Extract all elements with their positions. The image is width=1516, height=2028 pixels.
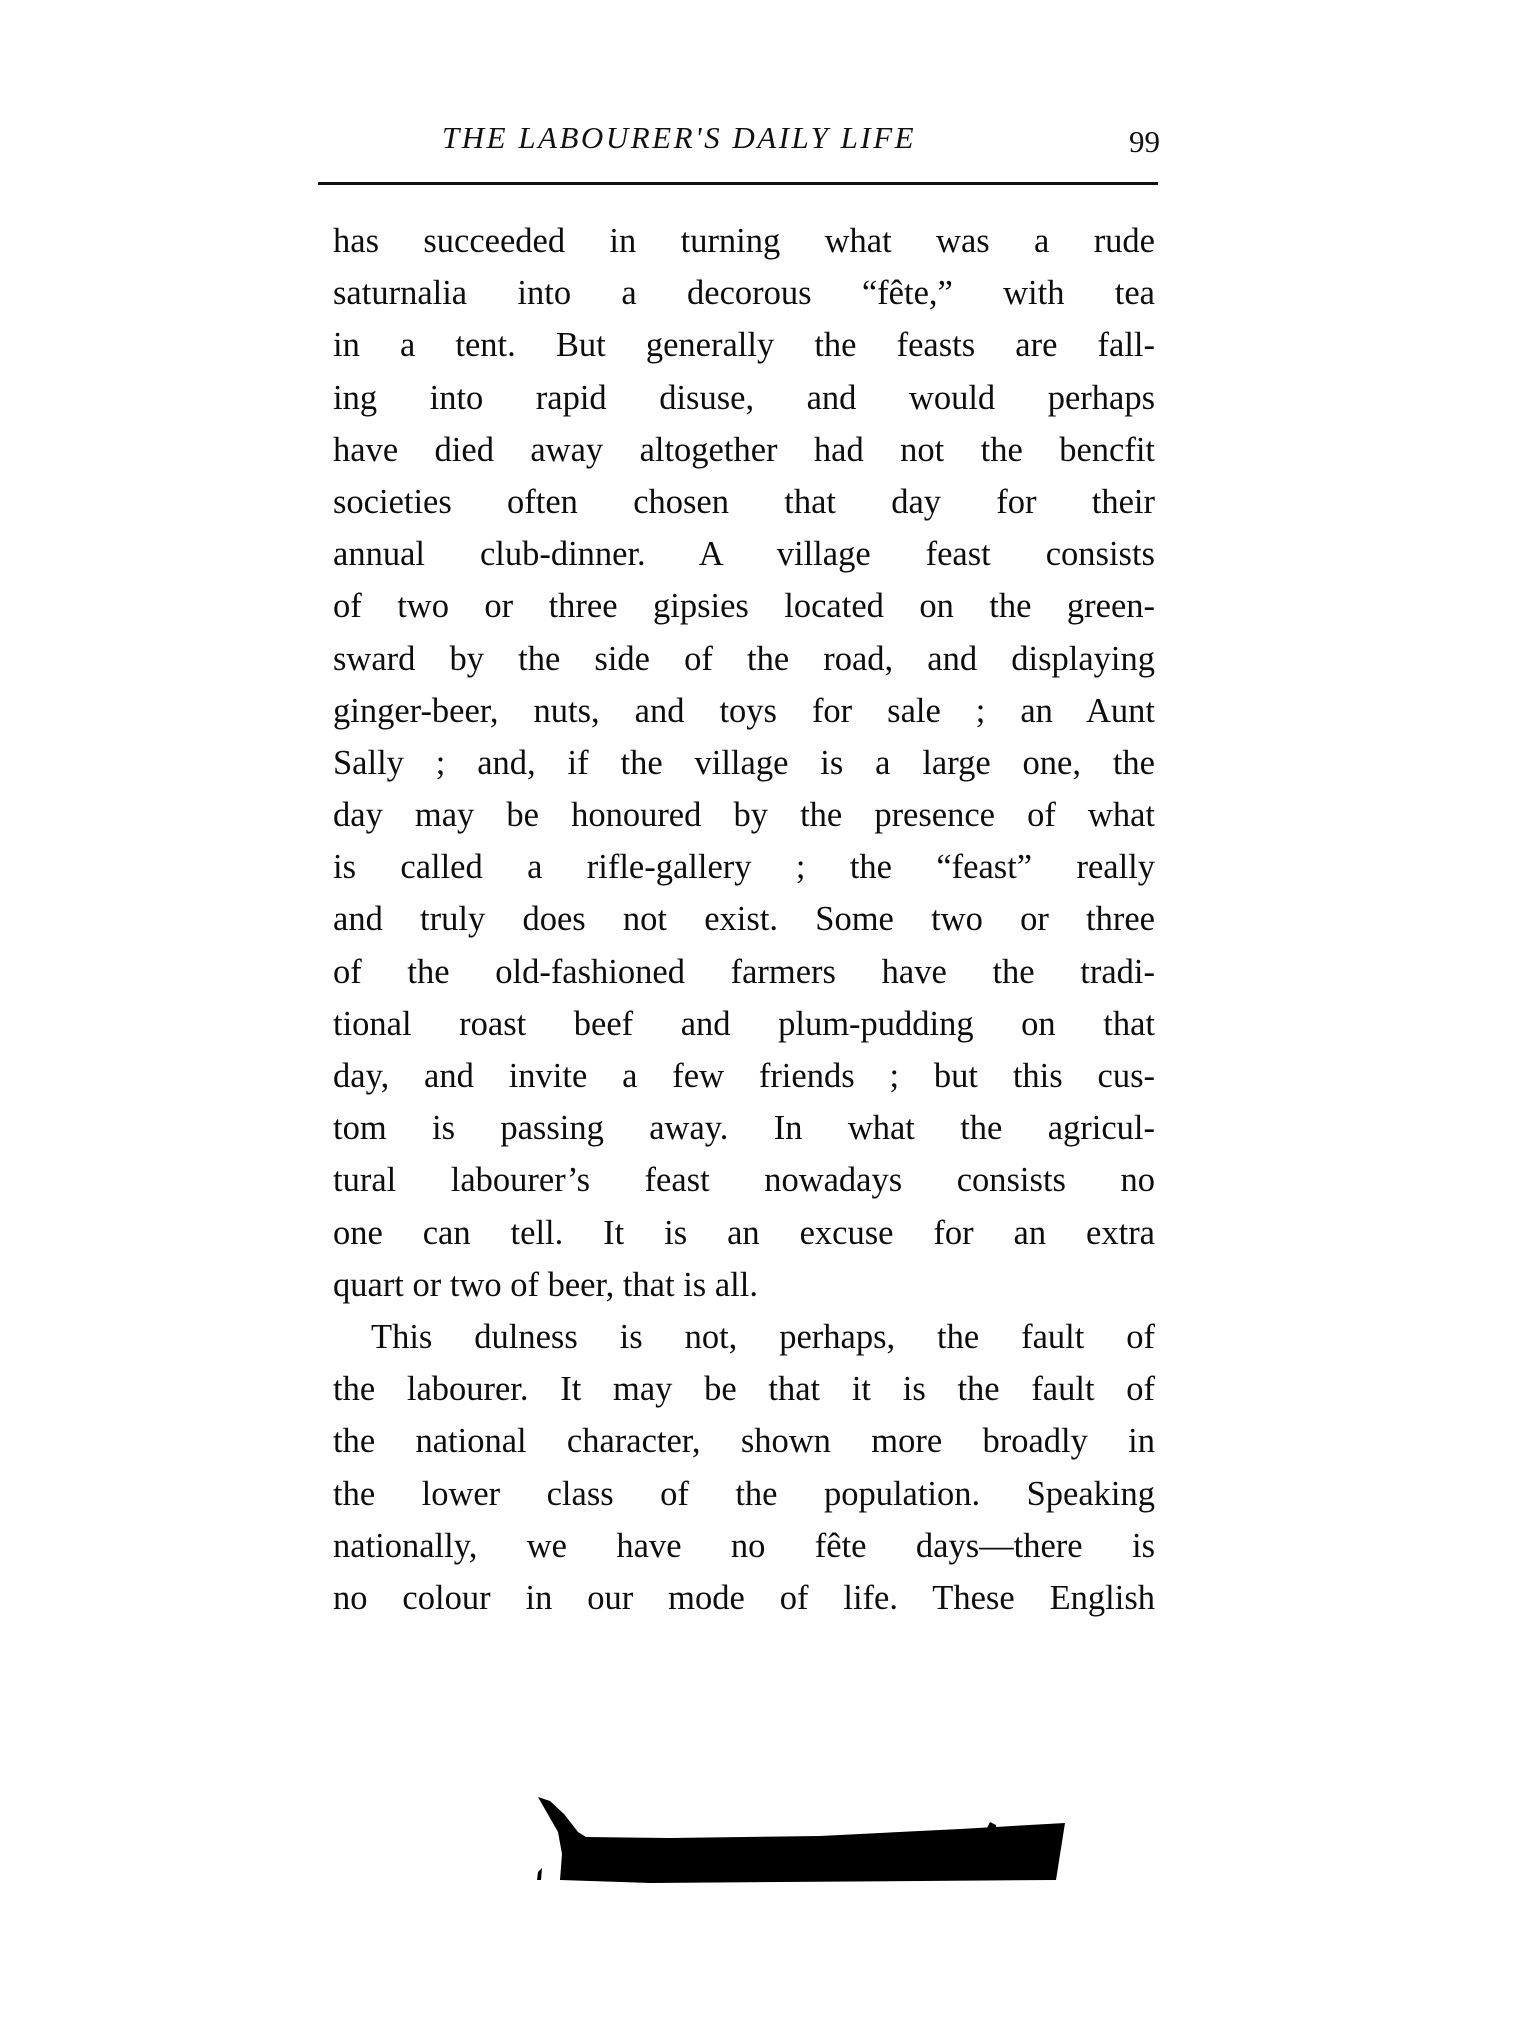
text-line: has succeeded in turning what was a rude [333,215,1155,267]
page-number: 99 [1129,124,1160,160]
text-line: have died away altogether had not the be… [333,424,1155,476]
text-line: ginger-beer, nuts, and toys for sale ; a… [333,685,1155,737]
text-line: of the old-fashioned farmers have the tr… [333,946,1155,998]
text-line: no colour in our mode of life. These Eng… [333,1572,1155,1624]
text-line: day, and invite a few friends ; but this… [333,1050,1155,1102]
text-line: in a tent. But generally the feasts are … [333,319,1155,371]
running-head: THE LABOURER'S DAILY LIFE 99 [330,118,1160,164]
paragraph-1: has succeeded in turning what was a rude… [333,215,1155,1311]
text-line: of two or three gipsies located on the g… [333,580,1155,632]
text-line: ing into rapid disuse, and would perhaps [333,372,1155,424]
text-line: societies often chosen that day for thei… [333,476,1155,528]
text-line: saturnalia into a decorous “fête,” with … [333,267,1155,319]
text-line: one can tell. It is an excuse for an ext… [333,1207,1155,1259]
text-line: This dulness is not, perhaps, the fault … [333,1311,1155,1363]
text-line: tom is passing away. In what the agricul… [333,1102,1155,1154]
paragraph-2: This dulness is not, perhaps, the fault … [333,1311,1155,1624]
text-line: Sally ; and, if the village is a large o… [333,737,1155,789]
text-line: the labourer. It may be that it is the f… [333,1363,1155,1415]
text-line: is called a rifle-gallery ; the “feast” … [333,841,1155,893]
text-line: quart or two of beer, that is all. [333,1259,1155,1311]
scan-smudge-mark [520,1770,1220,1910]
text-line: annual club-dinner. A village feast cons… [333,528,1155,580]
text-line: and truly does not exist. Some two or th… [333,893,1155,945]
book-page: THE LABOURER'S DAILY LIFE 99 has succeed… [0,0,1516,2028]
running-title: THE LABOURER'S DAILY LIFE [442,120,916,156]
text-line: the lower class of the population. Speak… [333,1468,1155,1520]
text-line: day may be honoured by the presence of w… [333,789,1155,841]
text-line: tional roast beef and plum-pudding on th… [333,998,1155,1050]
text-line: sward by the side of the road, and displ… [333,633,1155,685]
header-rule [318,182,1158,185]
text-line: nationally, we have no fête days—there i… [333,1520,1155,1572]
text-line: tural labourer’s feast nowadays consists… [333,1154,1155,1206]
text-line: the national character, shown more broad… [333,1415,1155,1467]
body-text: has succeeded in turning what was a rude… [333,215,1155,1624]
